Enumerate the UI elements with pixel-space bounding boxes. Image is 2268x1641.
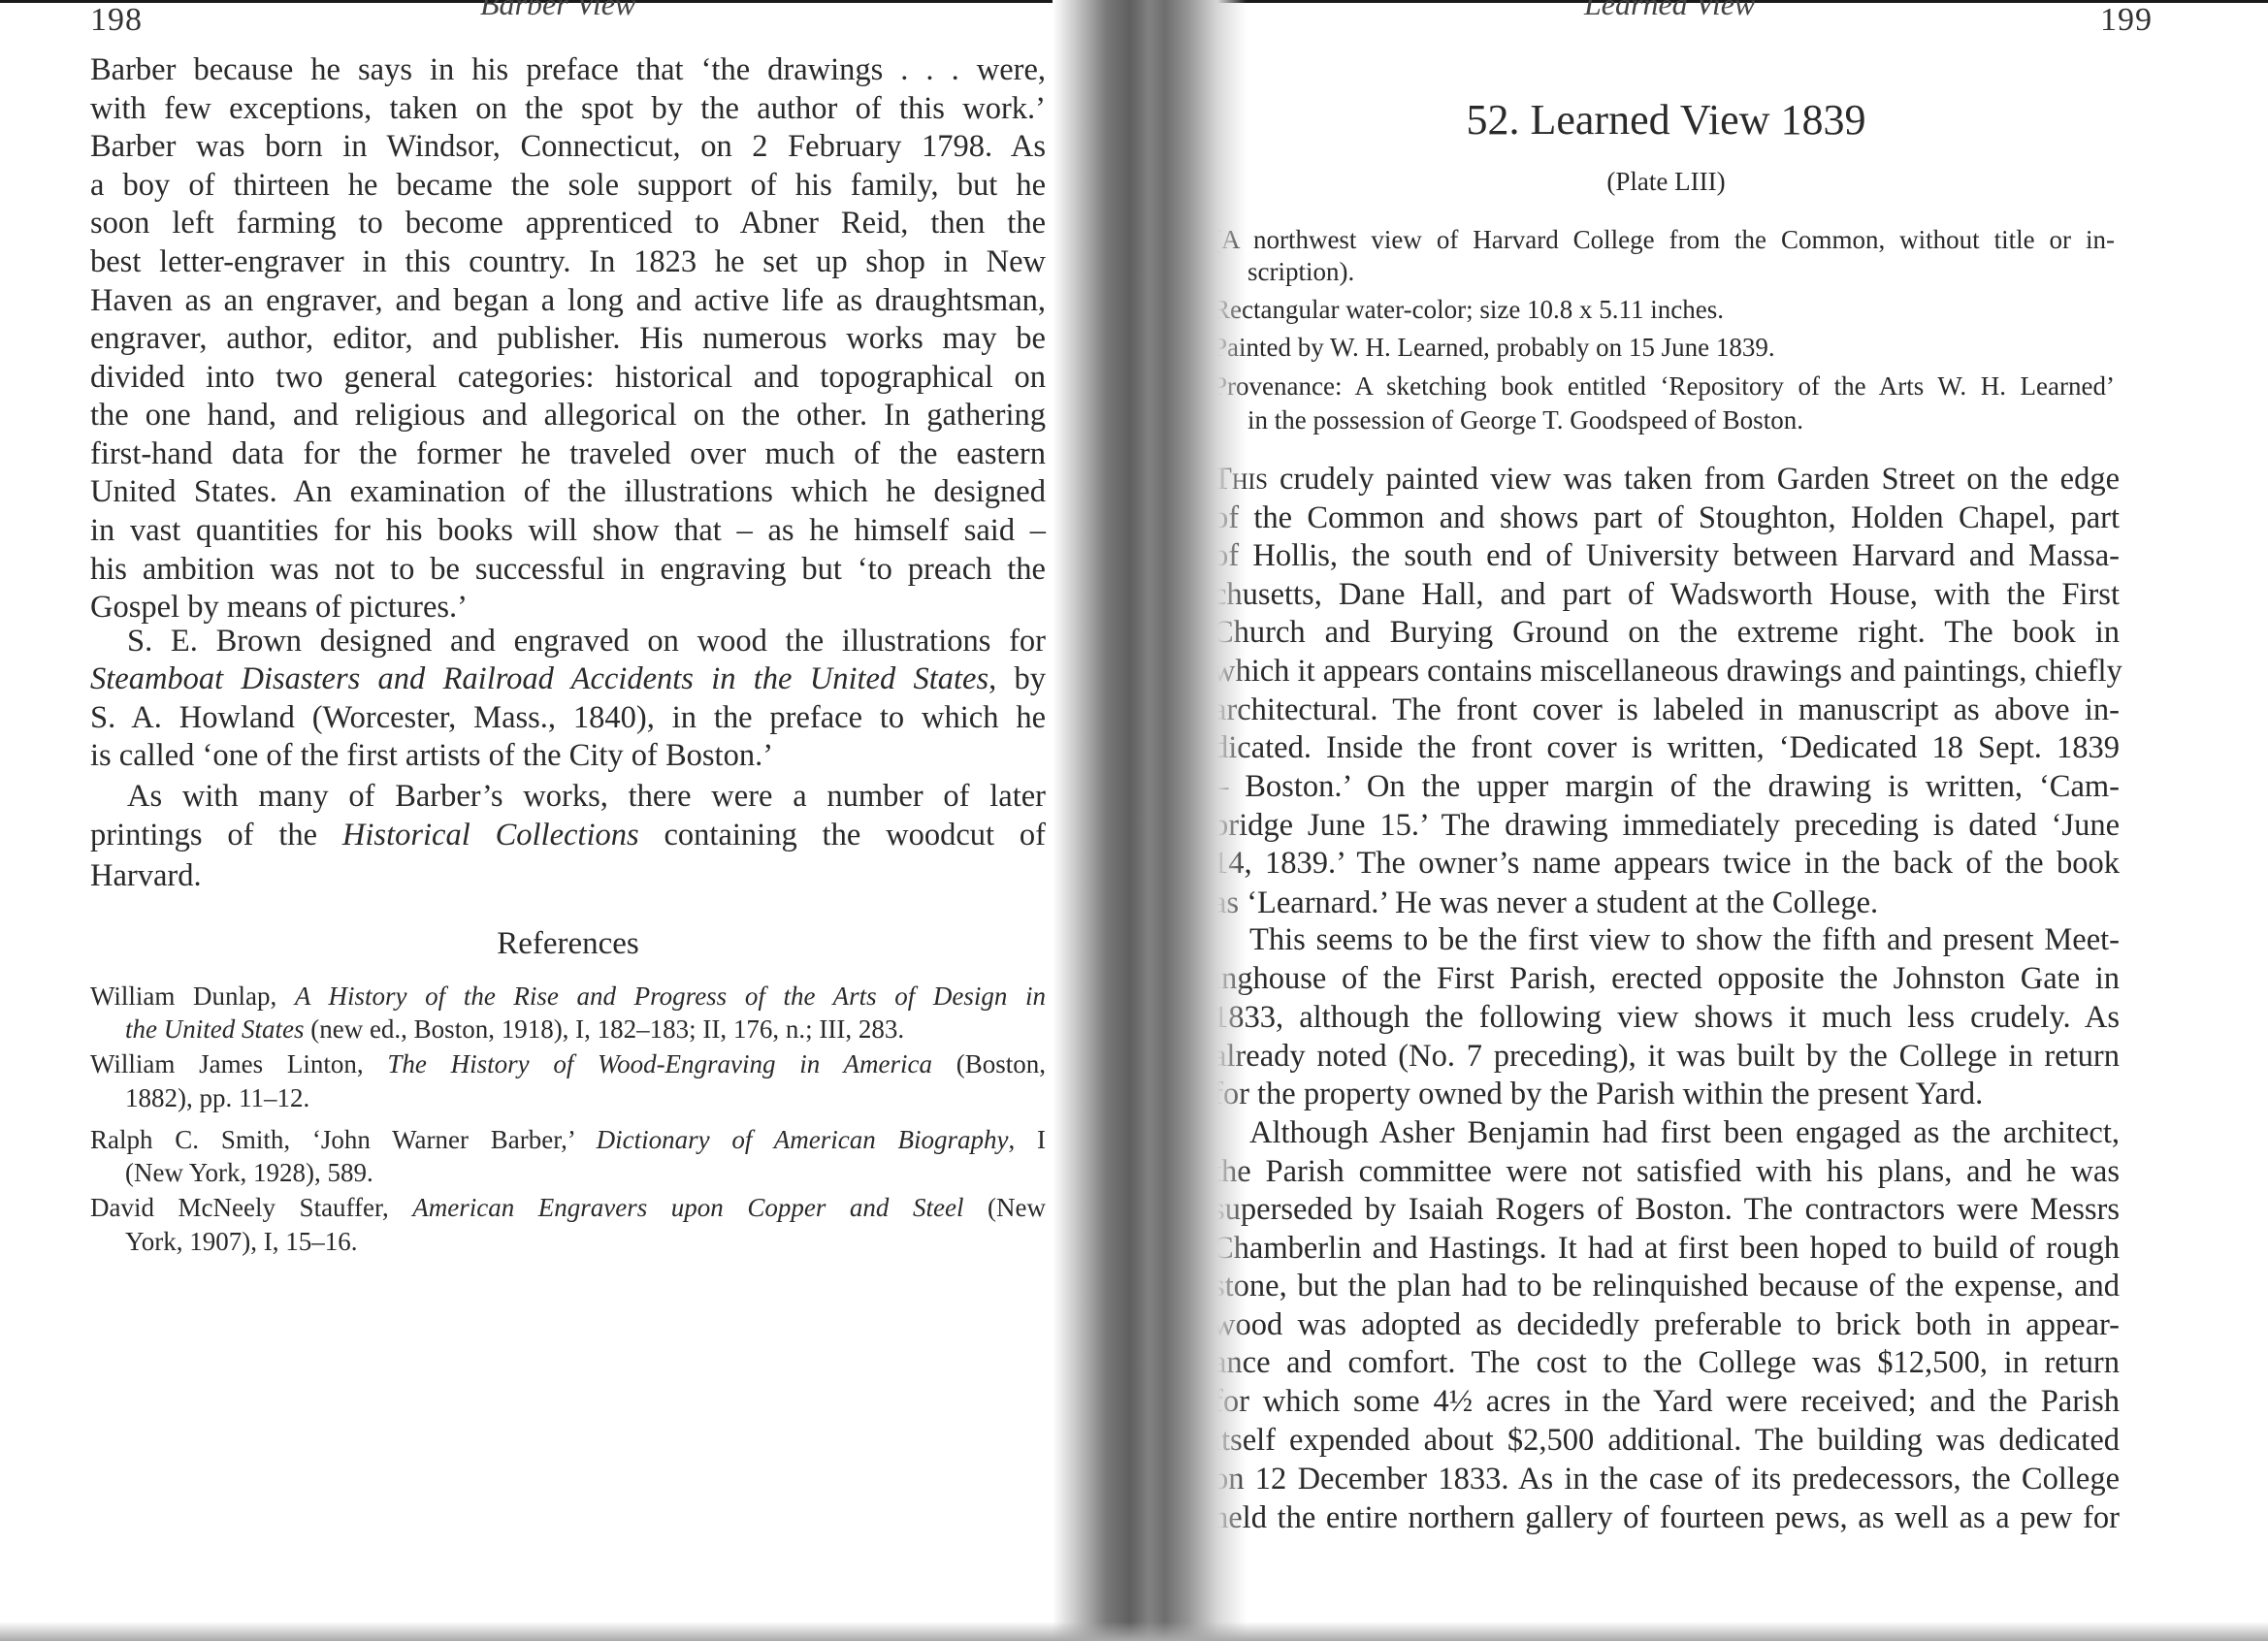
body-line: is called ‘one of the first artists of t… bbox=[90, 736, 1046, 775]
page-bottom-edge bbox=[0, 1622, 2268, 1641]
body-line: Haven as an engraver, and began a long a… bbox=[90, 281, 1046, 320]
italic-title: the United States bbox=[125, 1014, 304, 1044]
page-number-left: 198 bbox=[90, 2, 143, 39]
italic-title: Historical Collections bbox=[342, 818, 639, 853]
body-line: already noted (No. 7 preceding), it was … bbox=[1213, 1037, 2120, 1076]
body-line: architectural. The front cover is labele… bbox=[1213, 691, 2120, 729]
page-number-right: 199 bbox=[2100, 2, 2153, 39]
plate-reference: (Plate LIII) bbox=[1213, 167, 2120, 197]
body-line: inghouse of the First Parish, erected op… bbox=[1213, 959, 2120, 998]
body-line: 1833, although the following view shows … bbox=[1213, 998, 2120, 1037]
reference-line: 1882), pp. 11–12. bbox=[125, 1081, 1046, 1114]
body-line: 14, 1839.’ The owner’s name appears twic… bbox=[1213, 844, 2120, 883]
reference-line: the United States (new ed., Boston, 1918… bbox=[125, 1013, 1046, 1046]
body-line: itself expended about $2,500 additional.… bbox=[1213, 1421, 2120, 1460]
body-line: the one hand, and religious and allegori… bbox=[90, 396, 1046, 434]
body-line: superseded by Isaiah Rogers of Boston. T… bbox=[1213, 1190, 2120, 1229]
catalog-line: in the possession of George T. Goodspeed… bbox=[1247, 403, 2115, 436]
italic-title: A History of the Rise and Progress of th… bbox=[295, 981, 1046, 1011]
reference-line: York, 1907), I, 15–16. bbox=[125, 1225, 1046, 1258]
body-line: his ambition was not to be successful in… bbox=[90, 550, 1046, 589]
body-line: on 12 December 1833. As in the case of i… bbox=[1213, 1460, 2120, 1498]
body-line: held the entire northern gallery of four… bbox=[1213, 1498, 2120, 1537]
italic-title: The History of Wood-Engraving in America bbox=[387, 1049, 932, 1078]
body-line: bridge June 15.’ The drawing immediately… bbox=[1213, 806, 2120, 845]
entry-title: 52. Learned View 1839 bbox=[1213, 95, 2120, 145]
reference-line: Ralph C. Smith, ‘John Warner Barber,’ Di… bbox=[90, 1123, 1046, 1156]
body-line: Harvard. bbox=[90, 856, 1046, 895]
body-line: which it appears contains miscellaneous … bbox=[1213, 652, 2120, 691]
italic-title: Dictionary of American Biography bbox=[597, 1125, 1009, 1154]
reference-line: David McNeely Stauffer, American Engrave… bbox=[90, 1191, 1046, 1224]
body-line: best letter-engraver in this country. In… bbox=[90, 242, 1046, 281]
body-line: of Hollis, the south end of University b… bbox=[1213, 536, 2120, 575]
left-page: 198 Barber View Barber because he says i… bbox=[0, 0, 1067, 1641]
body-line: Although Asher Benjamin had first been e… bbox=[1249, 1113, 2120, 1152]
body-line: S. E. Brown designed and engraved on woo… bbox=[127, 622, 1046, 660]
references-heading: References bbox=[90, 926, 1046, 962]
body-line: This seems to be the first view to show … bbox=[1249, 920, 2120, 959]
catalog-line: scription). bbox=[1247, 255, 2115, 288]
body-line: of the Common and shows part of Stoughto… bbox=[1213, 499, 2120, 537]
running-head-right: Learned View bbox=[1584, 0, 1755, 22]
body-line: in vast quantities for his books will sh… bbox=[90, 511, 1046, 550]
body-line: As with many of Barber’s works, there we… bbox=[127, 777, 1046, 816]
reference-line: (New York, 1928), 589. bbox=[125, 1156, 1046, 1189]
body-line: for the property owned by the Parish wit… bbox=[1213, 1075, 2120, 1113]
body-line: the Parish committee were not satisfied … bbox=[1213, 1152, 2120, 1191]
body-line: Barber because he says in his preface th… bbox=[90, 50, 1046, 89]
right-page: Learned View 199 52. Learned View 1839 (… bbox=[1203, 0, 2268, 1641]
body-line: chusetts, Dane Hall, and part of Wadswor… bbox=[1213, 575, 2120, 614]
body-line: dicated. Inside the front cover is writt… bbox=[1213, 728, 2120, 767]
body-line: This crudely painted view was taken from… bbox=[1213, 460, 2120, 499]
body-line: United States. An examination of the ill… bbox=[90, 472, 1046, 511]
running-head-left: Barber View bbox=[480, 0, 635, 22]
body-line: a boy of thirteen he became the sole sup… bbox=[90, 166, 1046, 205]
catalog-line: Painted by W. H. Learned, probably on 15… bbox=[1213, 331, 2115, 364]
reference-line: William James Linton, The History of Woo… bbox=[90, 1047, 1046, 1080]
book-gutter-shadow bbox=[1053, 0, 1247, 1641]
body-line: first-hand data for the former he travel… bbox=[90, 434, 1046, 473]
body-line: as ‘Learnard.’ He was never a student at… bbox=[1213, 884, 2120, 922]
body-line: stone, but the plan had to be relinquish… bbox=[1213, 1267, 2120, 1305]
reference-line: William Dunlap, A History of the Rise an… bbox=[90, 980, 1046, 1013]
body-line: soon left farming to become apprenticed … bbox=[90, 204, 1046, 242]
body-line: with few exceptions, taken on the spot b… bbox=[90, 89, 1046, 128]
body-line: printings of the Historical Collections … bbox=[90, 816, 1046, 854]
italic-title: Steamboat Disasters and Railroad Acciden… bbox=[90, 661, 988, 696]
body-line: S. A. Howland (Worcester, Mass., 1840), … bbox=[90, 698, 1046, 737]
body-line: Steamboat Disasters and Railroad Acciden… bbox=[90, 660, 1046, 698]
body-line: Chamberlin and Hastings. It had at first… bbox=[1213, 1229, 2120, 1268]
body-line: engraver, author, editor, and publisher.… bbox=[90, 319, 1046, 358]
body-line: for which some 4½ acres in the Yard were… bbox=[1213, 1382, 2120, 1421]
body-line: Barber was born in Windsor, Connecticut,… bbox=[90, 127, 1046, 166]
italic-title: American Engravers upon Copper and Steel bbox=[412, 1193, 963, 1222]
catalog-line: (A northwest view of Harvard College fro… bbox=[1213, 223, 2115, 256]
body-line: – Boston.’ On the upper margin of the dr… bbox=[1213, 767, 2120, 806]
body-line: Church and Burying Ground on the extreme… bbox=[1213, 613, 2120, 652]
body-line: divided into two general categories: his… bbox=[90, 358, 1046, 397]
catalog-line: Provenance: A sketching book entitled ‘R… bbox=[1213, 370, 2115, 402]
body-line: wood was adopted as decidedly preferable… bbox=[1213, 1305, 2120, 1344]
catalog-line: Rectangular water-color; size 10.8 x 5.1… bbox=[1213, 293, 2115, 326]
body-line: Gospel by means of pictures.’ bbox=[90, 588, 1046, 627]
body-line: ance and comfort. The cost to the Colleg… bbox=[1213, 1343, 2120, 1382]
